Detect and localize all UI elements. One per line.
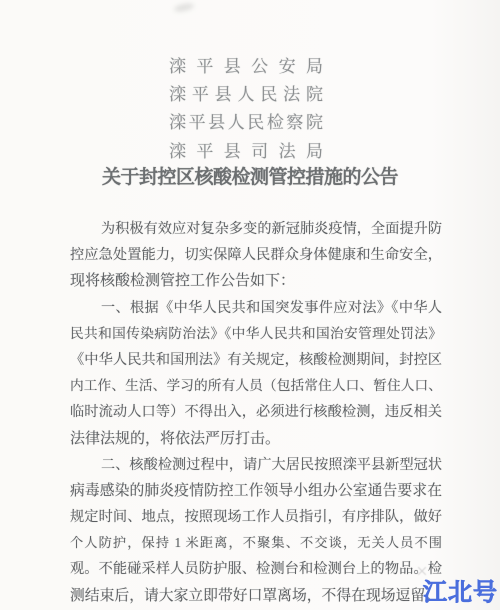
scanned-announcement-page: 滦平县公安局滦平县人民法院滦平县人民检察院滦平县司法局 关于封控区核酸检测管控措… [0, 0, 500, 610]
body-line: 民共和国传染病防治法》《中华人民共和国治安管理处罚法》 [70, 321, 442, 347]
body-line: 控应急处置能力，切实保障人民群众身体健康和生命安全， [70, 242, 442, 268]
body-line: 二、核酸检测过程中，请广大居民按照滦平县新型冠状 [70, 452, 442, 478]
body-line: 《中华人民共和国刑法》有关规定，核酸检测期间，封控区 [70, 347, 442, 373]
body-line: 观。不能碰采样人员防护服、检测台和检测台上的物品。检 [70, 556, 442, 582]
body-line: 法律法规的，将依法严厉打击。 [70, 426, 442, 452]
body-line: 规定时间、地点，按照现场工作人员指引，有序排队，做好 [70, 504, 442, 530]
body-line: 为积极有效应对复杂多变的新冠肺炎疫情，全面提升防 [70, 216, 442, 242]
issuing-agency-list: 滦平县公安局滦平县人民法院滦平县人民检察院滦平县司法局 [169, 50, 323, 164]
body-line: 现将核酸检测管控工作公告如下： [70, 268, 442, 294]
announcement-title: 关于封控区核酸检测管控措施的公告 [0, 162, 500, 189]
announcement-body: 为积极有效应对复杂多变的新冠肺炎疫情，全面提升防控应急处置能力，切实保障人民群众… [70, 216, 442, 609]
agency-line: 滦平县人民法院 [169, 78, 323, 106]
watermark-jiangbeihao: 江北号 [423, 579, 498, 607]
body-line: 个人防护，保持 1 米距离，不聚集、不交谈，无关人员不围 [70, 530, 442, 556]
scan-smudge [173, 2, 194, 13]
body-line: 测结束后，请大家立即带好口罩离场，不得在现场逗留。 [70, 583, 442, 609]
agency-line: 滦平县公安局 [169, 50, 323, 78]
body-line: 一、根据《中华人民共和国突发事件应对法》《中华人 [70, 295, 442, 321]
body-line: 临时流动人口等）不得出入，必须进行核酸检测，违反相关 [70, 399, 442, 425]
agency-line: 滦平县人民检察院 [169, 107, 323, 135]
agency-line: 滦平县司法局 [169, 135, 323, 163]
scan-artifact [418, 567, 426, 575]
body-line: 病毒感染的肺炎疫情防控工作领导小组办公室通告要求在 [70, 478, 442, 504]
body-line: 内工作、生活、学习的所有人员（包括常住人口、暂住人口、 [70, 373, 442, 399]
